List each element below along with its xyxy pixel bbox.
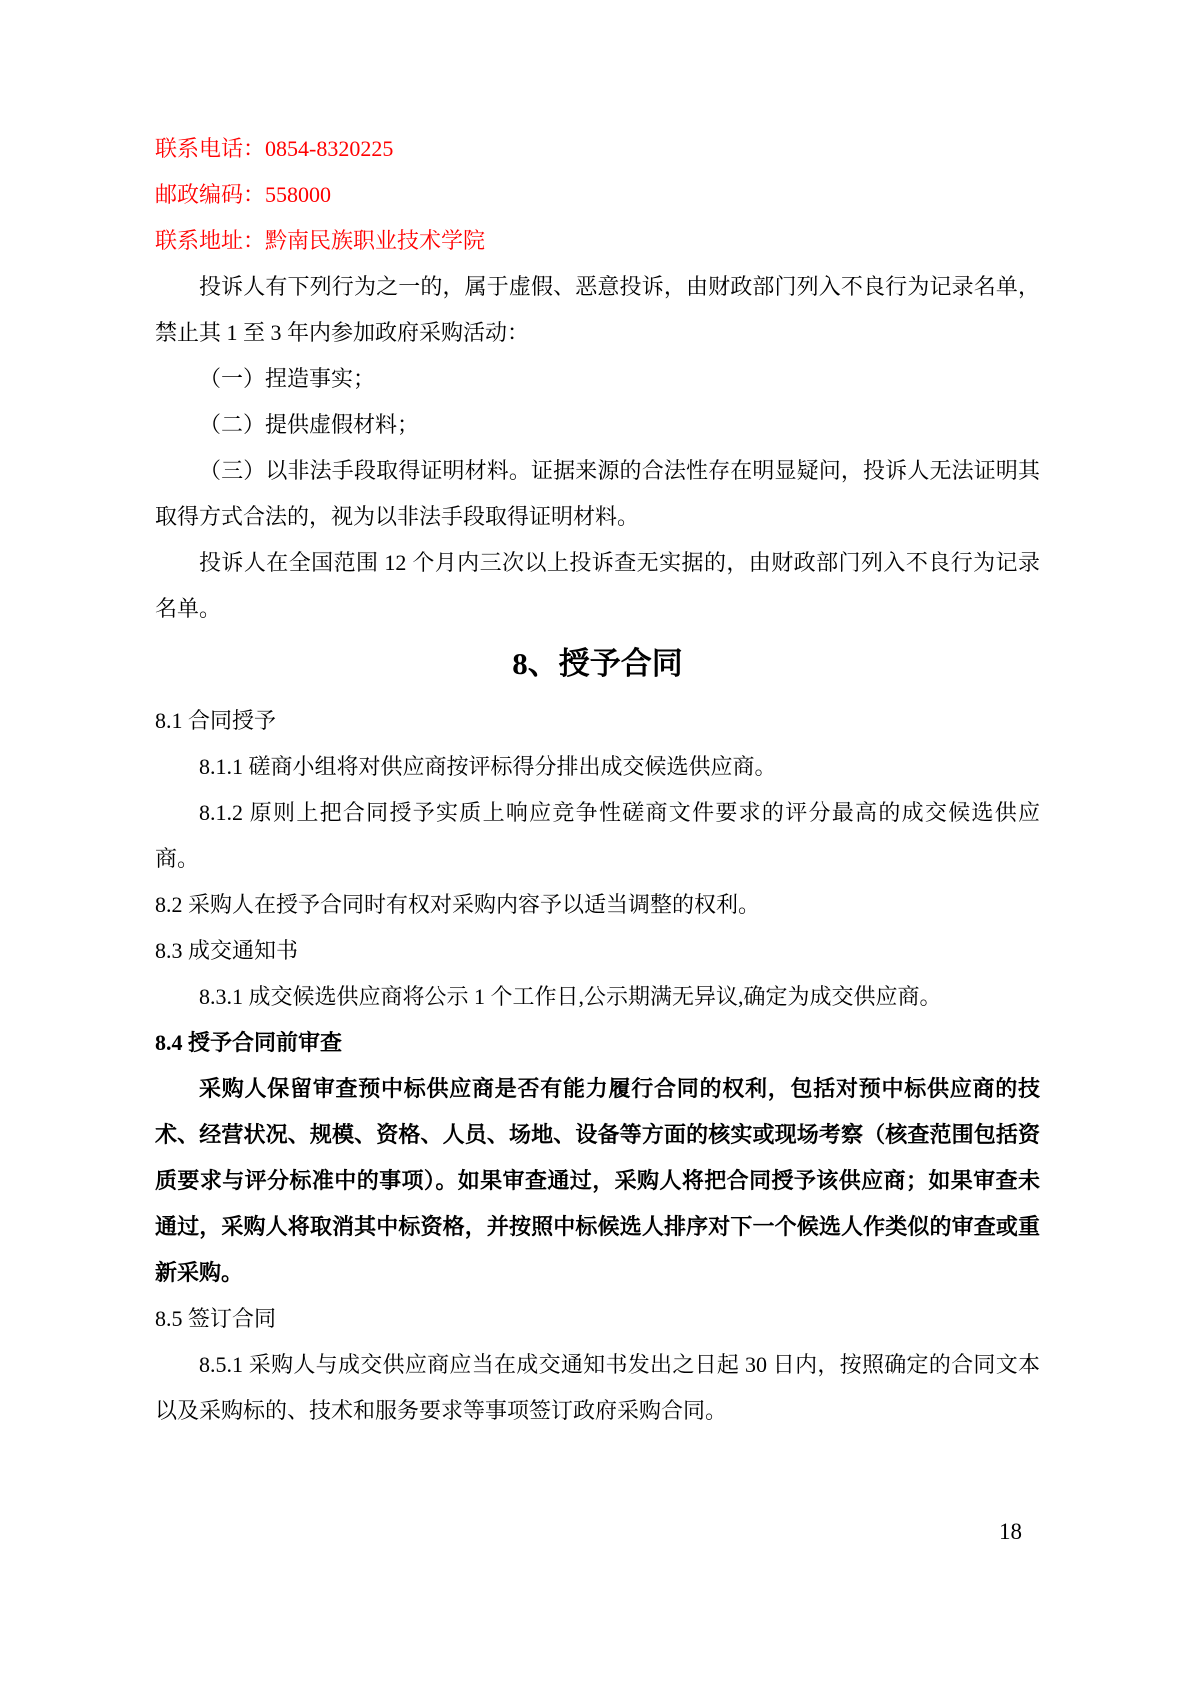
document-page: 联系电话：0854-8320225 邮政编码：558000 联系地址：黔南民族职… (0, 0, 1190, 1682)
contact-phone-line: 联系电话：0854-8320225 (155, 126, 1040, 172)
complaint-item-2: （二）提供虚假材料； (155, 402, 1040, 448)
clause-8-1-2: 8.1.2 原则上把合同授予实质上响应竞争性磋商文件要求的评分最高的成交候选供应… (155, 790, 1040, 882)
page-number: 18 (155, 1509, 1040, 1555)
clause-8-4-body: 采购人保留审查预中标供应商是否有能力履行合同的权利，包括对预中标供应商的技术、经… (155, 1066, 1040, 1296)
clause-8-1-1: 8.1.1 磋商小组将对供应商按评标得分排出成交候选供应商。 (155, 744, 1040, 790)
complaint-item-1: （一）捏造事实； (155, 356, 1040, 402)
complaint-intro-paragraph: 投诉人有下列行为之一的，属于虚假、恶意投诉，由财政部门列入不良行为记录名单，禁止… (155, 264, 1040, 356)
contact-postcode-line: 邮政编码：558000 (155, 172, 1040, 218)
clause-8-5: 8.5 签订合同 (155, 1296, 1040, 1342)
complaint-repeat-paragraph: 投诉人在全国范围 12 个月内三次以上投诉查无实据的，由财政部门列入不良行为记录… (155, 540, 1040, 632)
clause-8-3-1: 8.3.1 成交候选供应商将公示 1 个工作日,公示期满无异议,确定为成交供应商… (155, 974, 1040, 1020)
clause-8-4-title: 8.4 授予合同前审查 (155, 1020, 1040, 1066)
clause-8-2: 8.2 采购人在授予合同时有权对采购内容予以适当调整的权利。 (155, 882, 1040, 928)
complaint-item-3: （三）以非法手段取得证明材料。证据来源的合法性存在明显疑问，投诉人无法证明其取得… (155, 448, 1040, 540)
contact-address-line: 联系地址：黔南民族职业技术学院 (155, 218, 1040, 264)
clause-8-1: 8.1 合同授予 (155, 698, 1040, 744)
clause-8-5-1: 8.5.1 采购人与成交供应商应当在成交通知书发出之日起 30 日内，按照确定的… (155, 1342, 1040, 1434)
section-8-heading: 8、授予合同 (155, 640, 1040, 688)
clause-8-3: 8.3 成交通知书 (155, 928, 1040, 974)
